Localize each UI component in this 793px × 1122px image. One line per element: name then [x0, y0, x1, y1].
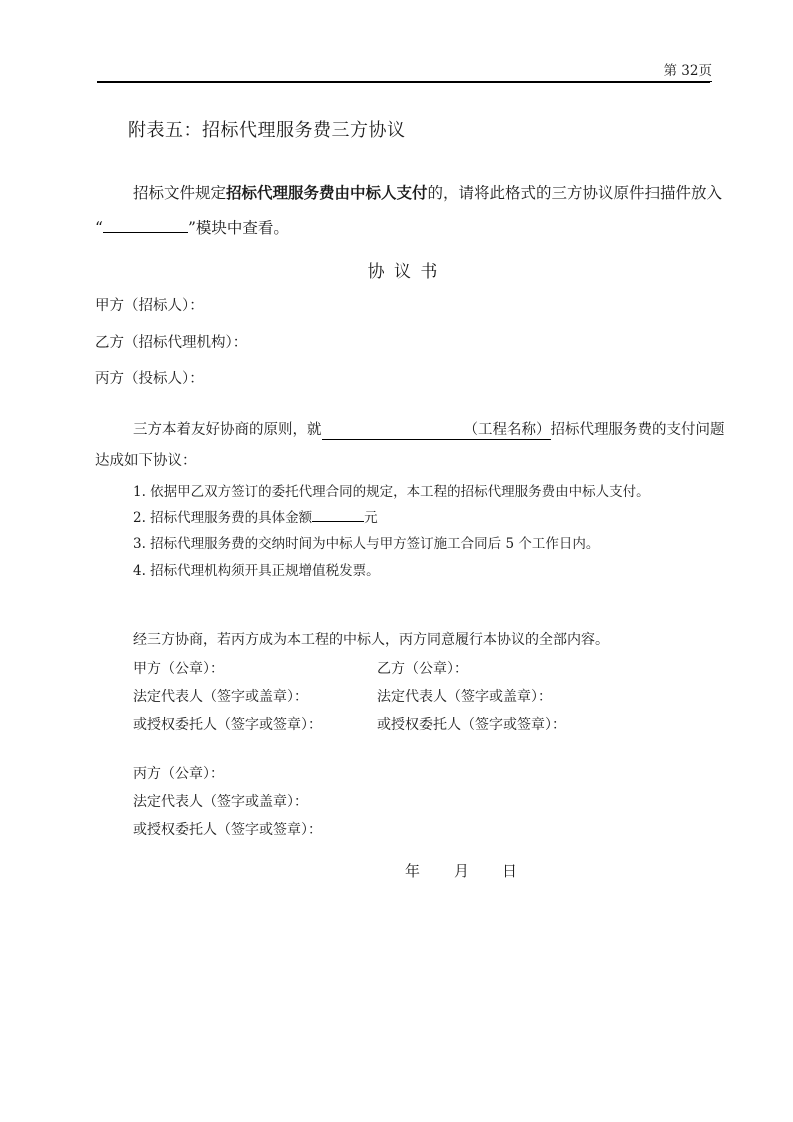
page-number: 第 32页: [664, 59, 712, 82]
consent-line: 经三方协商，若丙方成为本工程的中标人，丙方同意履行本协议的全部内容。: [133, 629, 609, 649]
intro-bold-text: 招标代理服务费由中标人支付: [226, 183, 428, 202]
party-a-representative-label: 法定代表人（签字或盖章）：: [133, 686, 377, 706]
open-quote: “: [95, 219, 103, 237]
close-quote: ”: [188, 219, 196, 237]
preamble-lead: 三方本着友好协商的原则，就: [133, 422, 322, 438]
party-b-representative-label: 法定代表人（签字或盖章）：: [377, 689, 552, 705]
agreement-heading: 协 议 书: [95, 257, 712, 282]
document-title: 附表五：招标代理服务费三方协议: [128, 116, 406, 142]
party-b-line: 乙方（招标代理机构）：: [95, 331, 247, 352]
header-rule: [97, 81, 710, 83]
intro-line-2: “”模块中查看。: [95, 216, 289, 238]
preamble-line-2: 达成如下协议：: [95, 449, 197, 470]
day-label: 日: [502, 860, 517, 881]
party-b-seal-label: 乙方（公章）：: [377, 661, 468, 677]
clause-4: 4. 招标代理机构须开具正规增值税发票。: [133, 559, 380, 579]
preamble-tail: 招标代理服务费的支付问题: [551, 422, 725, 438]
party-c-line: 丙方（投标人）：: [95, 367, 204, 388]
clause-2-unit: 元: [364, 510, 378, 526]
page-header: 第 32页: [0, 59, 712, 82]
party-c-seal-label: 丙方（公章）：: [133, 763, 224, 783]
party-b-agent-label: 或授权委托人（签字或签章）：: [377, 717, 566, 733]
date-line: 年月日: [405, 860, 517, 881]
preamble-line-1: 三方本着友好协商的原则，就（工程名称）招标代理服务费的支付问题: [133, 418, 725, 440]
document-page: 第 32页 附表五：招标代理服务费三方协议 招标文件规定招标代理服务费由中标人支…: [0, 0, 793, 1122]
seal-row: 甲方（公章）：乙方（公章）：: [133, 658, 468, 678]
year-label: 年: [405, 860, 420, 881]
project-name-blank: （工程名称）: [322, 418, 551, 440]
party-c-agent-label: 或授权委托人（签字或签章）：: [133, 819, 322, 839]
intro-line2-text: 模块中查看。: [196, 219, 289, 237]
party-c-representative-label: 法定代表人（签字或盖章）：: [133, 791, 308, 811]
month-label: 月: [454, 860, 469, 881]
intro-line-1: 招标文件规定招标代理服务费由中标人支付的，请将此格式的三方协议原件扫描件放入: [133, 181, 722, 203]
clause-1: 1. 依据甲乙双方签订的委托代理合同的规定，本工程的招标代理服务费由中标人支付。: [133, 480, 650, 500]
project-name-label: （工程名称）: [464, 422, 551, 438]
agent-row: 或授权委托人（签字或签章）：或授权委托人（签字或签章）：: [133, 714, 566, 734]
clause-2-text: 2. 招标代理服务费的具体金额: [133, 510, 312, 526]
party-a-seal-label: 甲方（公章）：: [133, 658, 377, 678]
representative-row: 法定代表人（签字或盖章）：法定代表人（签字或盖章）：: [133, 686, 552, 706]
party-a-agent-label: 或授权委托人（签字或签章）：: [133, 714, 377, 734]
module-name-blank: [103, 219, 188, 233]
intro-text-rest: 的，请将此格式的三方协议原件扫描件放入: [428, 184, 723, 202]
clause-2: 2. 招标代理服务费的具体金额元: [133, 506, 378, 526]
intro-text-lead: 招标文件规定: [133, 184, 226, 202]
clause-3: 3. 招标代理服务费的交纳时间为中标人与甲方签订施工合同后 5 个工作日内。: [133, 532, 599, 552]
party-a-line: 甲方（招标人）：: [95, 294, 204, 315]
amount-blank: [312, 508, 364, 522]
